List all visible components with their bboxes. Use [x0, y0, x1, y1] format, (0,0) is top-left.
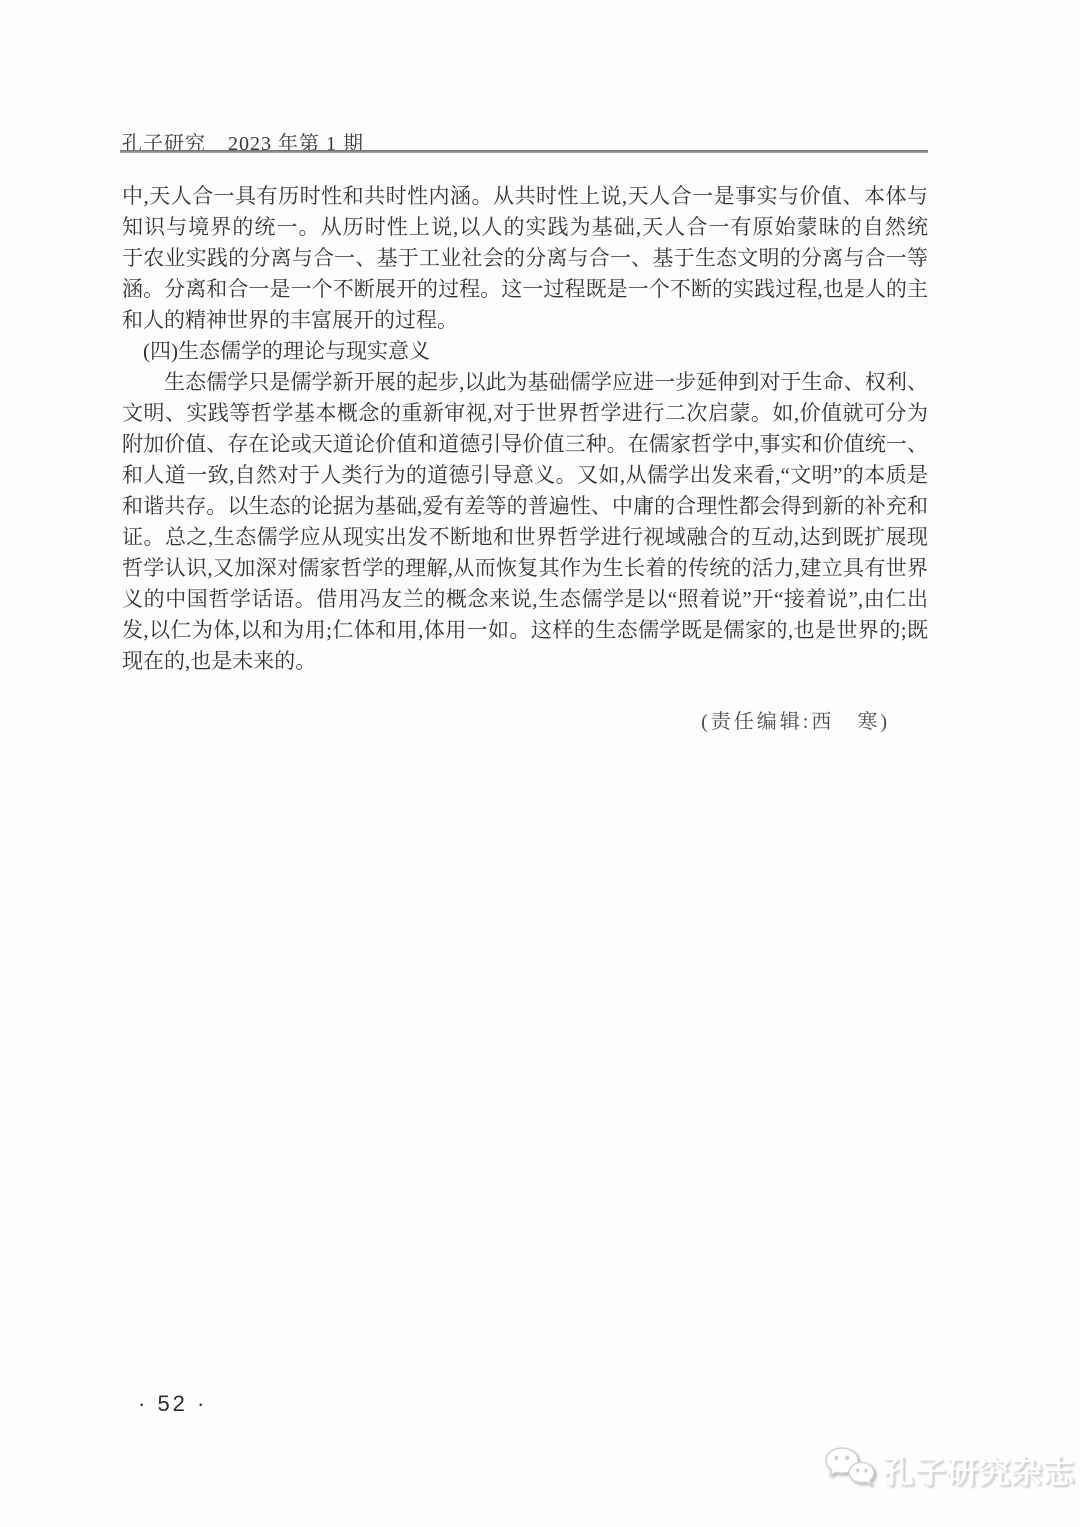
text-line: 生态儒学只是儒学新开展的起步,以此为基础儒学应进一步延伸到对于生命、权利、价值、	[122, 367, 928, 398]
text-line: 和人道一致,自然对于人类行为的道德引导意义。又如,从儒学出发来看,“文明”的本质…	[122, 460, 928, 491]
text-line: 和谐共存。以生态的论据为基础,爱有差等的普遍性、中庸的合理性都会得到新的补充和论	[122, 491, 928, 522]
text-line: 附加价值、存在论或天道论价值和道德引导价值三种。在儒家哲学中,事实和价值统一、天…	[122, 429, 928, 460]
text-line: 现在的,也是未来的。	[122, 646, 928, 677]
text-line: 证。总之,生态儒学应从现实出发不断地和世界哲学进行视域融合的互动,达到既扩展现有…	[122, 522, 928, 553]
paragraph-body: 生态儒学只是儒学新开展的起步,以此为基础儒学应进一步延伸到对于生命、权利、价值、…	[122, 367, 928, 677]
wechat-icon	[824, 1446, 876, 1492]
subsection-heading: (四)生态儒学的理论与现实意义	[122, 336, 928, 367]
text-line: (四)生态儒学的理论与现实意义	[122, 336, 928, 367]
text-line: 义的中国哲学话语。借用冯友兰的概念来说,生态儒学是以“照着说”开“接着说”,由仁…	[122, 584, 928, 615]
watermark: 孔子研究杂志	[824, 1446, 1075, 1492]
text-line: 和人的精神世界的丰富展开的过程。	[122, 305, 928, 336]
journal-page: 孔子研究2023 年第 1 期 中,天人合一具有历时性和共时性内涵。从共时性上说…	[0, 0, 1080, 1527]
text-line: 中,天人合一具有历时性和共时性内涵。从共时性上说,天人合一是事实与价值、本体与工…	[122, 181, 928, 212]
paragraph-continuation: 中,天人合一具有历时性和共时性内涵。从共时性上说,天人合一是事实与价值、本体与工…	[122, 181, 928, 336]
watermark-label: 孔子研究杂志	[883, 1447, 1075, 1492]
page-number: · 52 ·	[138, 1391, 207, 1417]
text-line: 发,以仁为体,以和为用;仁体和用,体用一如。这样的生态儒学既是儒家的,也是世界的…	[122, 615, 928, 646]
text-line: 知识与境界的统一。从历时性上说,以人的实践为基础,天人合一有原始蒙昧的自然统一、…	[122, 212, 928, 243]
editor-note: (责任编辑:西 寒)	[122, 707, 928, 738]
text-line: 文明、实践等哲学基本概念的重新审视,对于世界哲学进行二次启蒙。如,价值就可分为劳…	[122, 398, 928, 429]
header-rule	[120, 150, 928, 153]
text-line: 于农业实践的分离与合一、基于工业社会的分离与合一、基于生态文明的分离与合一等丰富…	[122, 243, 928, 274]
text-line: (责任编辑:西 寒)	[122, 707, 928, 738]
text-line: 涵。分离和合一是一个不断展开的过程。这一过程既是一个不断的实践过程,也是人的主体…	[122, 274, 928, 305]
article-body: 中,天人合一具有历时性和共时性内涵。从共时性上说,天人合一是事实与价值、本体与工…	[122, 181, 928, 738]
text-line: 哲学认识,又加深对儒家哲学的理解,从而恢复其作为生长着的传统的活力,建立具有世界…	[122, 553, 928, 584]
